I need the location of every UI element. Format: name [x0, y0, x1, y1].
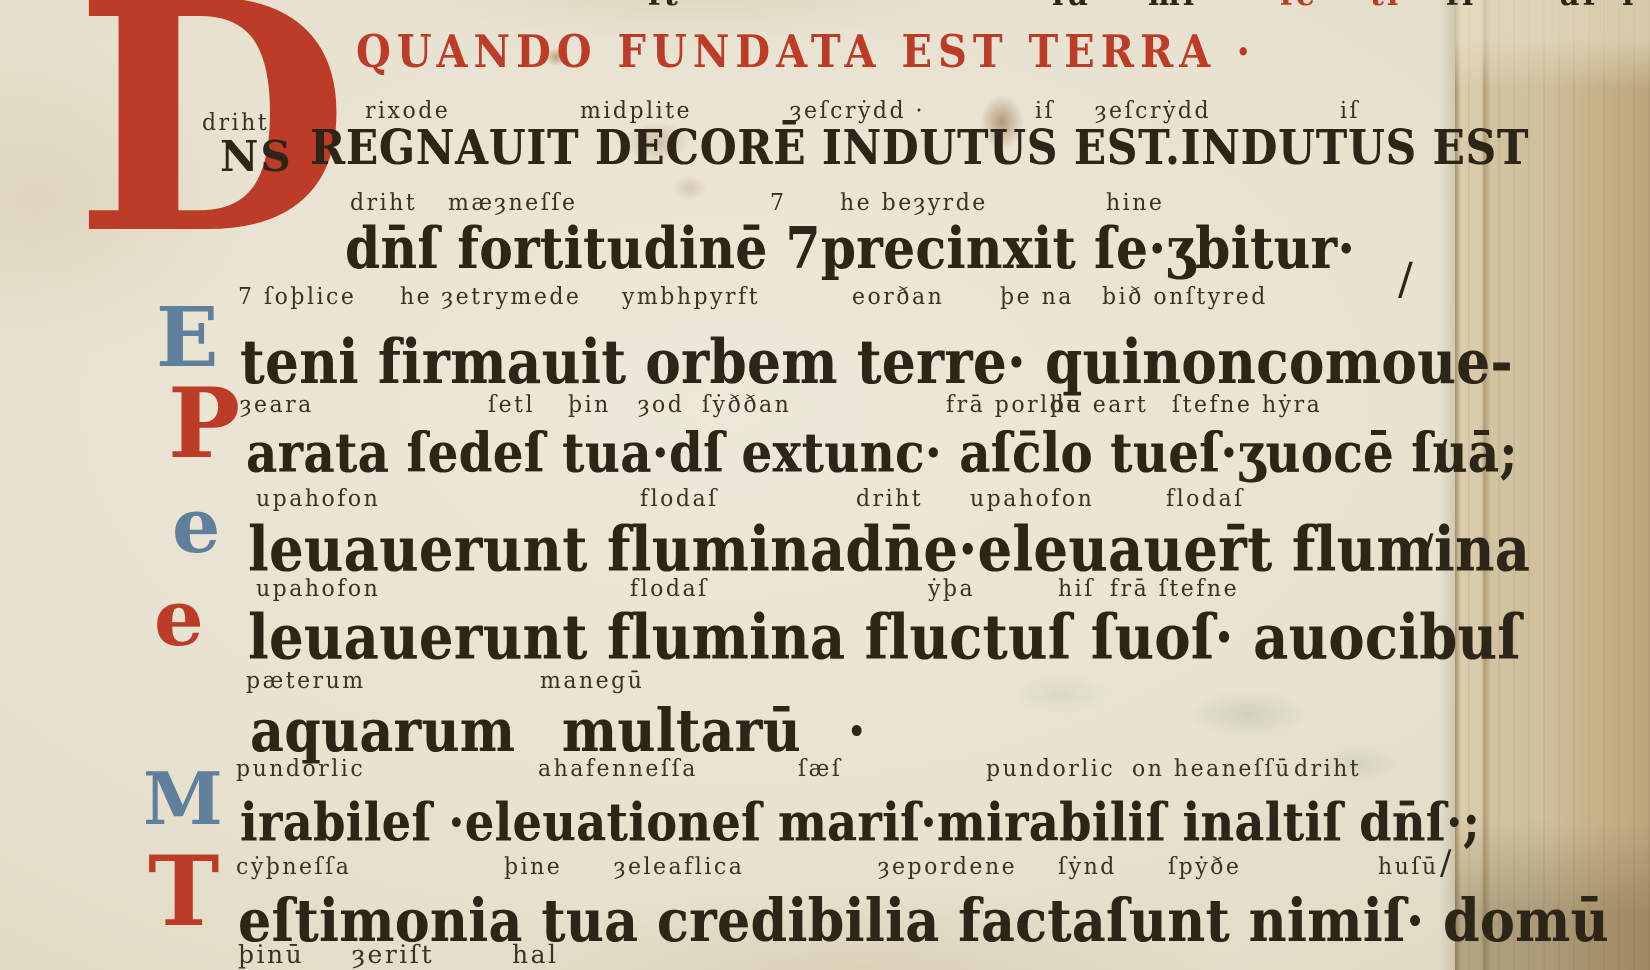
old-english-gloss: hẏra: [1262, 394, 1322, 417]
clipped-text-fragment: mı: [1148, 0, 1197, 11]
old-english-gloss: huſū: [1378, 856, 1439, 879]
old-english-gloss: ahafenneſſa: [538, 758, 698, 781]
old-english-gloss: ſpẏðe: [1168, 856, 1241, 879]
old-english-gloss: upahofon: [256, 488, 380, 511]
old-english-gloss: flodaſ: [1166, 488, 1245, 511]
old-english-gloss: driht: [856, 488, 923, 511]
old-english-gloss: upahofon: [970, 488, 1094, 511]
clipped-gloss-fragment: ȝeriſt: [352, 942, 434, 967]
latin-text-line-6: leuauerunt flumina fluctuſ ſuoſ· auocibu…: [248, 606, 1521, 668]
margin-initial-e: e: [172, 496, 220, 557]
margin-initial-e: e: [154, 588, 204, 650]
clipped-text-fragment: ſı: [1446, 0, 1476, 11]
latin-text-line-8: irabileſ ·eleuationeſ mariſ·mirabiliſ in…: [240, 796, 1480, 848]
latin-text-line-2: dn̄ſ fortitudinē 7precinxit ſe·ʒbitur·: [345, 220, 1355, 277]
old-english-gloss: bið onſtyred: [1102, 286, 1268, 309]
old-english-gloss: he beȝyrde: [840, 192, 988, 215]
old-english-gloss: ſẏnd: [1058, 856, 1117, 879]
margin-initial-p: P: [168, 386, 240, 463]
old-english-gloss: ȝod: [638, 394, 684, 417]
latin-text-line-4: arata ſedeſ tua·dſ extunc· aſc̄lo tueſ·ʒ…: [246, 426, 1518, 481]
old-english-gloss: ſtefne: [1172, 394, 1252, 417]
drop-initial-d: D: [74, 0, 350, 276]
flourish-mark: /: [1398, 258, 1413, 302]
flourish-mark: /: [1434, 436, 1447, 476]
old-english-gloss: ȝeleaflica: [614, 856, 744, 879]
old-english-gloss: flodaſ: [640, 488, 719, 511]
old-english-gloss: driht: [350, 192, 417, 215]
margin-initial-t: T: [148, 854, 219, 931]
old-english-gloss: pundorlic: [986, 758, 1115, 781]
clipped-text-fragment: ſe: [1280, 0, 1318, 11]
manuscript-page: ſtıumıſetıſıuſı QUANDO FUNDATA EST TERRA…: [0, 0, 1650, 970]
latin-text-line-1: REGNAUIT DECORĒ INDUTUS EST.INDUTUS EST: [310, 124, 1529, 172]
flourish-mark: /: [1440, 846, 1451, 880]
old-english-gloss: ymbhpyrft: [622, 286, 760, 309]
old-english-gloss: ȝepordene: [878, 856, 1017, 879]
old-english-gloss: mæȝneſſe: [448, 192, 578, 215]
old-english-gloss: flodaſ: [630, 578, 709, 601]
clipped-text-fragment: ſt: [648, 0, 681, 11]
old-english-gloss: hiſ: [1058, 578, 1095, 601]
latin-text-line-7: aquarum multarū ·: [250, 702, 866, 761]
old-english-gloss: ẏþa: [928, 578, 975, 601]
clipped-text-fragment: tı: [1370, 0, 1401, 11]
old-english-gloss: cẏþneſſa: [236, 856, 351, 879]
margin-initial-m: M: [143, 770, 223, 828]
old-english-gloss: 7 ſoþlice: [238, 286, 356, 309]
rubric-title: QUANDO FUNDATA EST TERRA ·: [356, 30, 1256, 75]
old-english-gloss: hine: [1106, 192, 1164, 215]
old-english-gloss: driht: [1294, 758, 1361, 781]
old-english-gloss: frā ſtefne: [1110, 578, 1239, 601]
old-english-gloss: ſæſ: [798, 758, 842, 781]
flourish-mark: /: [1420, 530, 1433, 570]
old-english-gloss: þin: [568, 394, 611, 417]
old-english-gloss: ſẏððan: [702, 394, 791, 417]
latin-text-line-3: teni firmauit orbem terre· quinoncomoue-: [240, 333, 1513, 393]
old-english-gloss: þe na: [1000, 286, 1074, 309]
clipped-text-fragment: uſ: [1558, 0, 1599, 11]
clipped-gloss-fragment: hal: [512, 942, 559, 967]
clipped-text-fragment: ı: [1622, 0, 1636, 11]
old-english-gloss: manegū: [540, 670, 644, 693]
old-english-gloss: on heaneſſū: [1132, 758, 1292, 781]
latin-text-line-5: leuauerunt fluminadn̄e·eleuauer̄t flumin…: [248, 518, 1530, 580]
old-english-gloss: ȝeara: [240, 394, 314, 417]
old-english-gloss: eorðan: [852, 286, 944, 309]
margin-initial-e: E: [156, 306, 219, 372]
old-english-gloss: 7: [770, 192, 787, 215]
old-english-gloss: pæterum: [246, 670, 366, 693]
old-english-gloss: he ȝetrymede: [400, 286, 581, 309]
old-english-gloss: ſetl: [488, 394, 535, 417]
old-english-gloss: þu eart: [1050, 394, 1148, 417]
clipped-gloss-fragment: þinū: [238, 942, 304, 967]
old-english-gloss: pundorlic: [236, 758, 365, 781]
margin-abbreviation-ns: NS: [220, 136, 293, 178]
old-english-gloss: upahofon: [256, 578, 380, 601]
clipped-text-fragment: ıu: [1052, 0, 1091, 11]
old-english-gloss: þine: [504, 856, 562, 879]
bottom-edge-fragments: þinūȝeriſthal: [0, 940, 1450, 970]
